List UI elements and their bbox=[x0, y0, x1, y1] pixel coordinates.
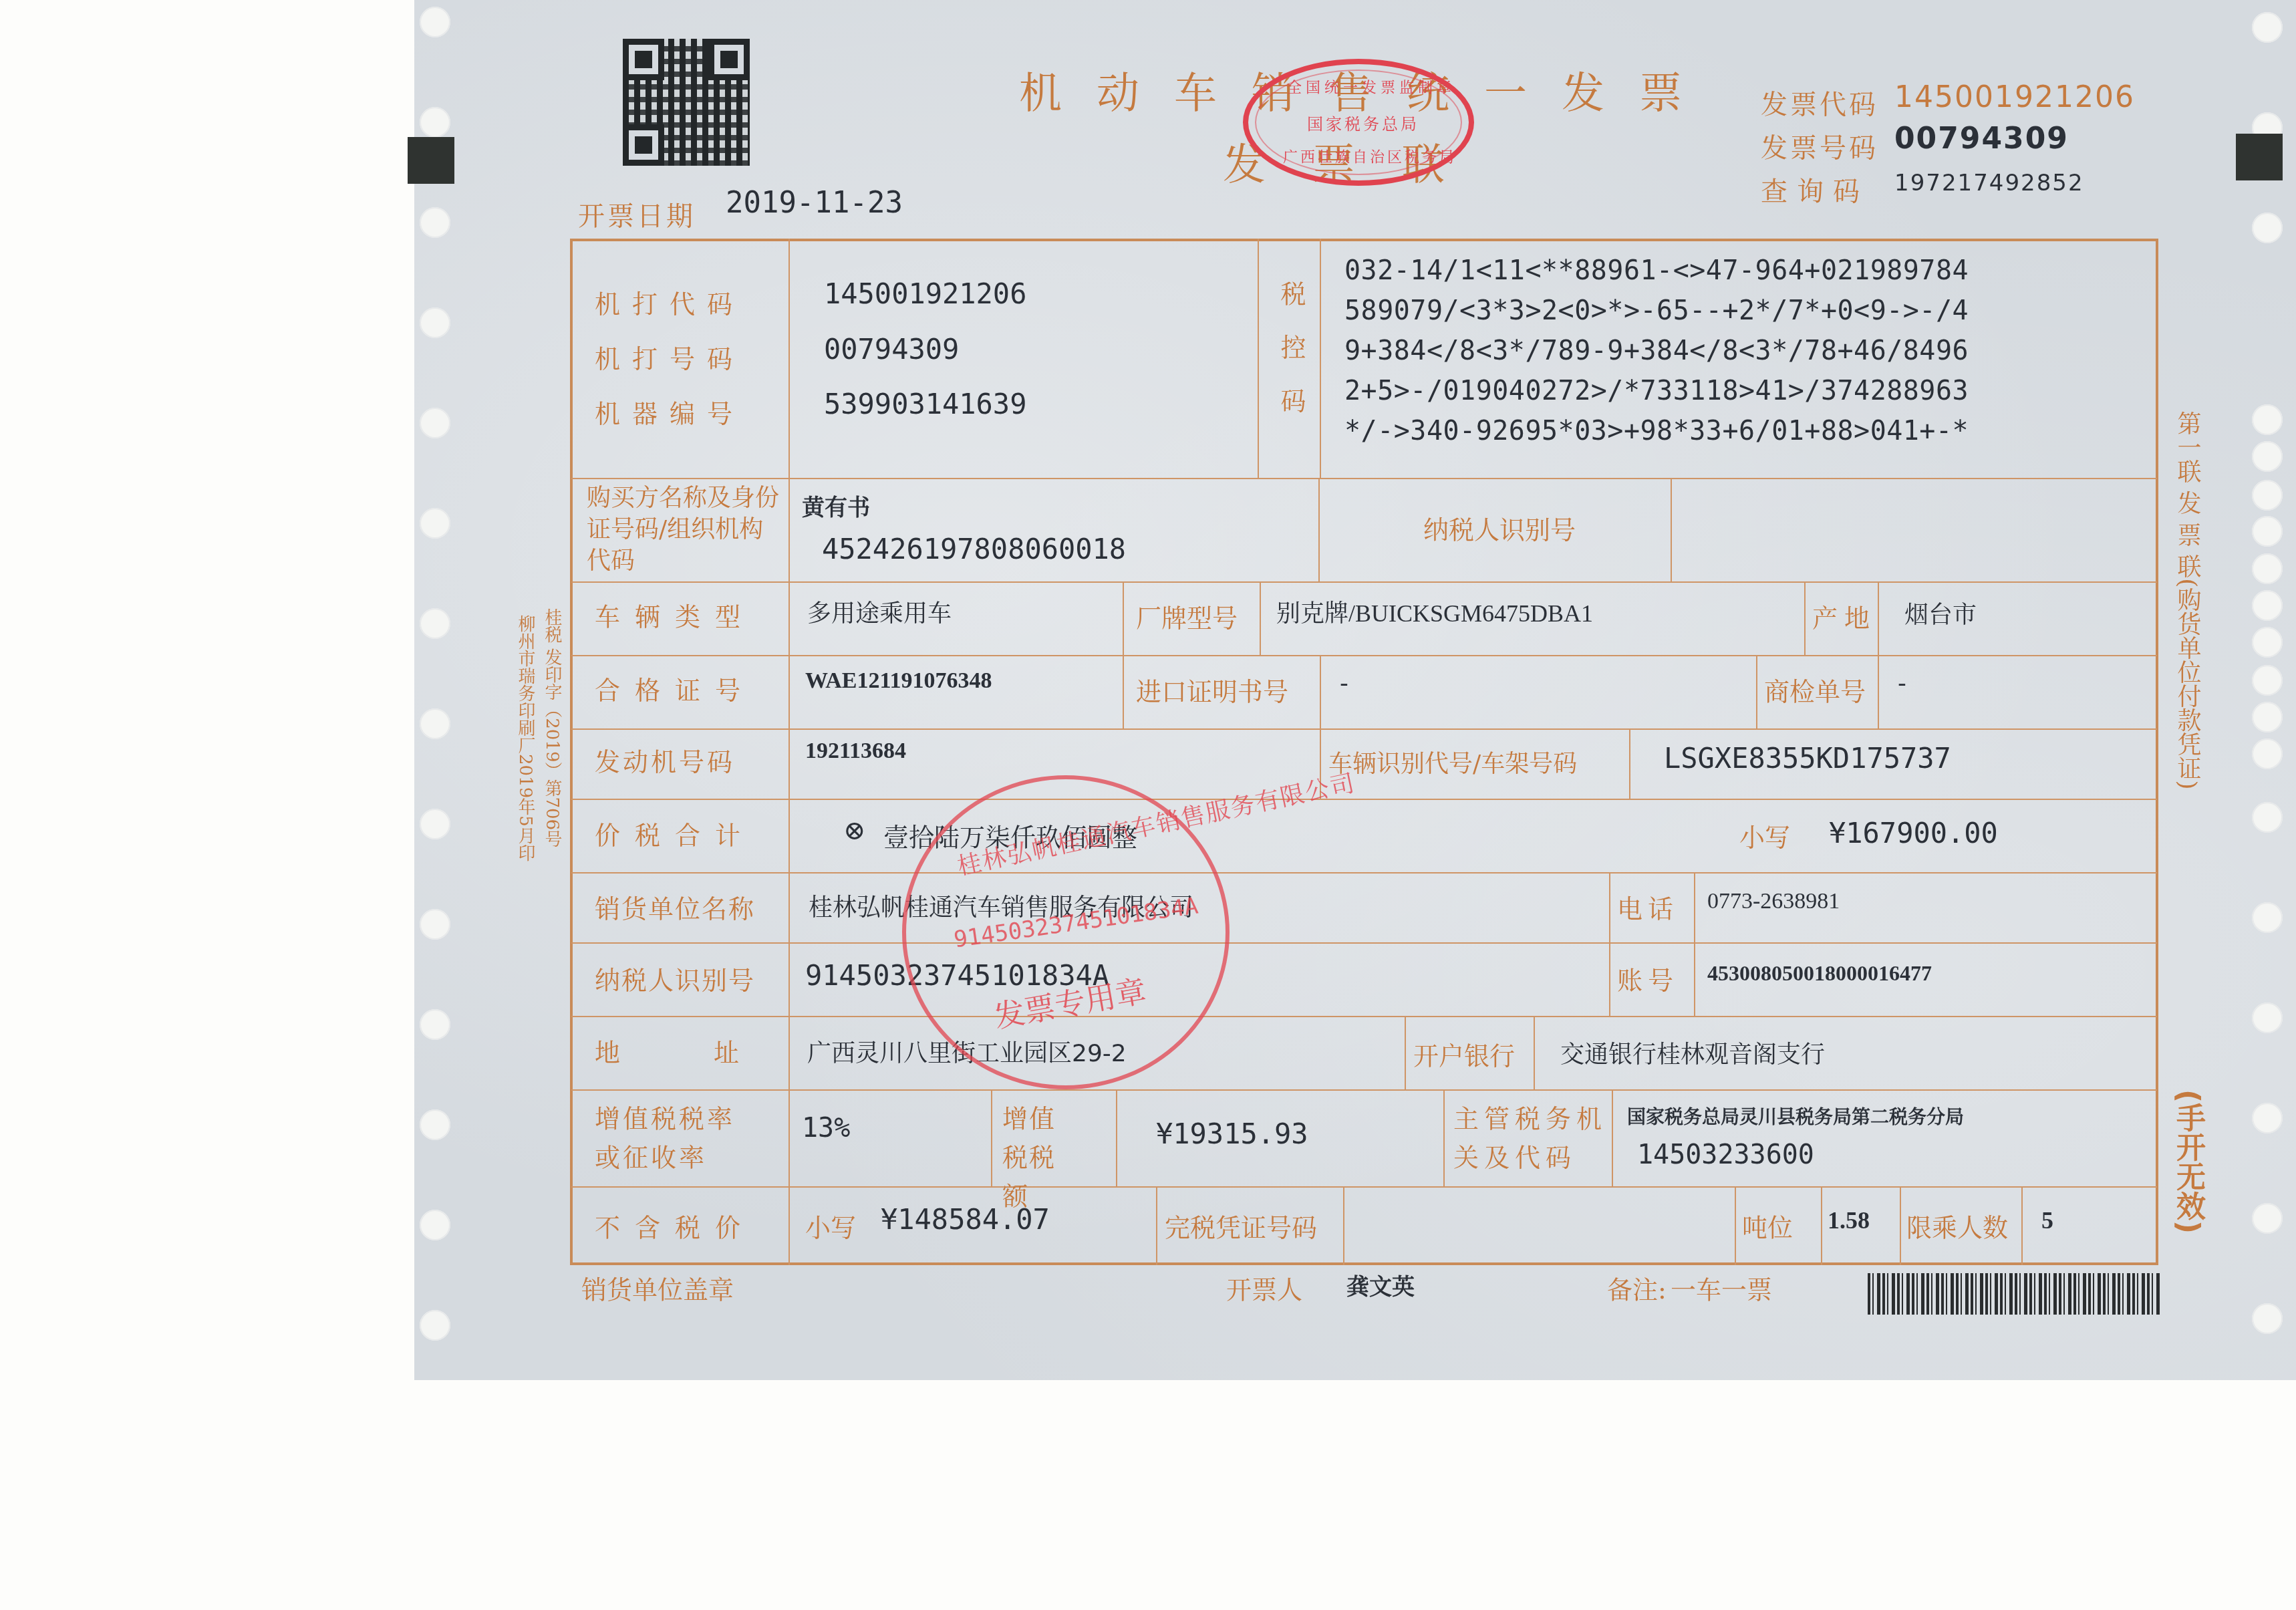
seller-account-label: 账号 bbox=[1617, 964, 1679, 998]
buyer-id-number: 452426197808060018 bbox=[822, 533, 1126, 565]
feed-hole bbox=[2252, 12, 2283, 43]
feed-hole bbox=[420, 1310, 450, 1341]
total-small-label: 小写 bbox=[1739, 821, 1790, 855]
feed-hole bbox=[2252, 1203, 2283, 1234]
seller-phone: 0773-2638981 bbox=[1707, 889, 1840, 914]
vin: LSGXE8355KD175737 bbox=[1664, 742, 1951, 775]
feed-hole bbox=[420, 408, 450, 438]
feed-hole bbox=[420, 7, 450, 37]
seller-bank: 交通银行桂林观音阁支行 bbox=[1560, 1036, 1825, 1070]
feed-hole bbox=[420, 1210, 450, 1240]
seal-center-text: 国家税务总局 bbox=[1307, 111, 1419, 134]
tax-bureau-seal: 全国统一发票监制章 国家税务总局 广西壮族自治区税务局 bbox=[1243, 59, 1474, 186]
seal-top-text: 全国统一发票监制章 bbox=[1287, 76, 1455, 97]
feed-hole bbox=[2252, 739, 2283, 769]
inspection-label: 商检单号 bbox=[1764, 675, 1866, 709]
copy-designation-note: 第一联 发 票 联(购货单位付款凭证) bbox=[2168, 411, 2202, 789]
engine-label: 发动机号码 bbox=[595, 745, 735, 779]
feed-hole bbox=[2252, 441, 2283, 472]
tax-rate: 13% bbox=[802, 1113, 850, 1144]
seller-address-label: 地址 bbox=[595, 1036, 833, 1070]
price-label: 不含税价 bbox=[595, 1211, 755, 1245]
seal-bottom-text: 广西壮族自治区税务局 bbox=[1283, 146, 1457, 166]
invoice-number-label: 发票号码 bbox=[1761, 127, 1878, 165]
machine-number: 00794309 bbox=[824, 333, 959, 366]
feed-hole bbox=[420, 508, 450, 539]
seller-taxpayer-id-label: 纳税人识别号 bbox=[595, 964, 755, 998]
tax-authority: 国家税务总局灵川县税务局第二税务分局 bbox=[1627, 1103, 1964, 1129]
machine-number-label: 机打号码 bbox=[595, 342, 744, 376]
seats: 5 bbox=[2041, 1206, 2053, 1234]
buyer-name: 黄有书 bbox=[802, 489, 870, 522]
import-cert: - bbox=[1340, 668, 1348, 698]
tax-authority-label: 主管税务机关及代码 bbox=[1453, 1099, 1607, 1177]
tax-control-code: 032-14/1<11<**88961-<>47-964+02198978458… bbox=[1344, 251, 1969, 451]
issue-date-label: 开票日期 bbox=[578, 195, 696, 233]
feed-hole bbox=[2252, 627, 2283, 658]
seats-label: 限乘人数 bbox=[1906, 1211, 2008, 1245]
feed-hole bbox=[2252, 480, 2283, 511]
certificate-number: WAE121191076348 bbox=[805, 668, 992, 694]
vehicle-type-label: 车辆类型 bbox=[595, 600, 755, 634]
vehicle-type: 多用途乘用车 bbox=[807, 595, 952, 629]
machine-serial-label: 机器编号 bbox=[595, 397, 744, 431]
invoice-code-label: 发票代码 bbox=[1761, 84, 1878, 122]
feed-hole bbox=[420, 909, 450, 940]
origin: 烟台市 bbox=[1904, 596, 1977, 630]
qr-finder bbox=[623, 39, 664, 80]
feed-hole bbox=[420, 608, 450, 639]
query-code-label: 查询码 bbox=[1761, 170, 1869, 209]
tax-amount-label: 增值税税额 bbox=[1002, 1099, 1076, 1216]
buyer-label: 购买方名称及身份证号码/组织机构代码 bbox=[587, 483, 780, 577]
query-code: 197217492852 bbox=[1894, 170, 2084, 196]
tonnage-label: 吨位 bbox=[1742, 1211, 1793, 1245]
certificate-label: 合格证号 bbox=[595, 674, 755, 708]
buyer-taxpayer-id-label: 纳税人识别号 bbox=[1423, 513, 1576, 547]
price-amount: ¥148584.07 bbox=[881, 1203, 1050, 1236]
seller-bank-label: 开户银行 bbox=[1413, 1039, 1515, 1073]
seller-seal-bottom-text: 发票专用章 bbox=[990, 967, 1149, 1037]
feed-hole bbox=[420, 307, 450, 338]
seller-phone-label: 电话 bbox=[1617, 892, 1679, 926]
binder-clip bbox=[408, 137, 454, 184]
feed-hole bbox=[420, 1109, 450, 1140]
brand-model: 别克牌/BUICKSGM6475DBA1 bbox=[1276, 595, 1593, 629]
vin-label: 车辆识别代号/车架号码 bbox=[1328, 749, 1577, 781]
feed-hole bbox=[420, 1009, 450, 1040]
origin-label: 产地 bbox=[1812, 601, 1876, 636]
machine-code-label: 机打代码 bbox=[595, 287, 744, 321]
brand-model-label: 厂牌型号 bbox=[1136, 601, 1238, 636]
feed-hole bbox=[2252, 665, 2283, 696]
total-label: 价税合计 bbox=[595, 819, 755, 853]
feed-hole bbox=[2252, 702, 2283, 732]
tax-authority-code: 14503233600 bbox=[1637, 1139, 1814, 1170]
tax-amount: ¥19315.93 bbox=[1156, 1117, 1308, 1150]
feed-hole bbox=[2252, 1002, 2283, 1033]
printer-note: 柳州市瑞务印刷厂2019年5月印 bbox=[513, 615, 538, 861]
issue-date: 2019-11-23 bbox=[726, 186, 903, 220]
feed-hole bbox=[2252, 213, 2283, 243]
circled-x-icon: ⊗ bbox=[843, 815, 866, 846]
handwritten-invalid-note: (手开无效) bbox=[2166, 1089, 2209, 1234]
inspection-number: - bbox=[1898, 668, 1906, 698]
seller-seal-tax-id: 91450323745101834A bbox=[952, 893, 1199, 954]
seller-seal-label: 销货单位盖章 bbox=[581, 1273, 734, 1307]
seller-name-label: 销货单位名称 bbox=[595, 892, 755, 926]
feed-hole bbox=[420, 107, 450, 138]
feed-hole bbox=[2252, 1303, 2283, 1334]
tax-rate-label: 增值税税率或征收率 bbox=[595, 1099, 755, 1177]
machine-serial: 539903141639 bbox=[824, 388, 1026, 420]
feed-hole bbox=[420, 809, 450, 839]
feed-hole bbox=[2252, 553, 2283, 584]
binder-clip bbox=[2236, 134, 2283, 180]
issuer-label: 开票人 bbox=[1226, 1273, 1302, 1307]
issuer-name: 龚文英 bbox=[1346, 1268, 1415, 1301]
feed-hole bbox=[2252, 902, 2283, 933]
engine-number: 192113684 bbox=[805, 739, 906, 764]
qr-finder bbox=[623, 124, 664, 166]
remark-label: 备注: bbox=[1607, 1273, 1667, 1307]
feed-hole bbox=[420, 708, 450, 739]
total-amount: ¥167900.00 bbox=[1829, 817, 1998, 849]
feed-hole bbox=[2252, 1103, 2283, 1133]
feed-hole bbox=[2252, 516, 2283, 547]
tonnage: 1.58 bbox=[1828, 1206, 1870, 1234]
import-cert-label: 进口证明书号 bbox=[1136, 675, 1288, 709]
barcode bbox=[1868, 1273, 2162, 1315]
seller-invoice-seal: 桂林弘帆桂通汽车销售服务有限公司 91450323745101834A 发票专用… bbox=[902, 775, 1230, 1089]
invoice-number: 00794309 bbox=[1894, 122, 2069, 156]
invoice-code: 145001921206 bbox=[1894, 80, 2135, 114]
machine-code: 145001921206 bbox=[824, 277, 1026, 310]
remark-text: 一车一票 bbox=[1671, 1273, 1772, 1307]
feed-hole bbox=[420, 207, 450, 238]
price-small-label: 小写 bbox=[805, 1211, 856, 1245]
print-permit-note: 桂税 发印字（2019）第706号 bbox=[540, 608, 565, 847]
seller-account: 453008050018000016477 bbox=[1707, 961, 1932, 986]
qr-code bbox=[623, 39, 750, 166]
feed-hole bbox=[2252, 802, 2283, 833]
tax-control-label: 税控码 bbox=[1273, 281, 1310, 441]
feed-hole bbox=[2252, 590, 2283, 621]
duty-paid-label: 完税凭证号码 bbox=[1165, 1211, 1317, 1245]
qr-finder bbox=[708, 39, 750, 80]
feed-hole bbox=[2252, 404, 2283, 435]
